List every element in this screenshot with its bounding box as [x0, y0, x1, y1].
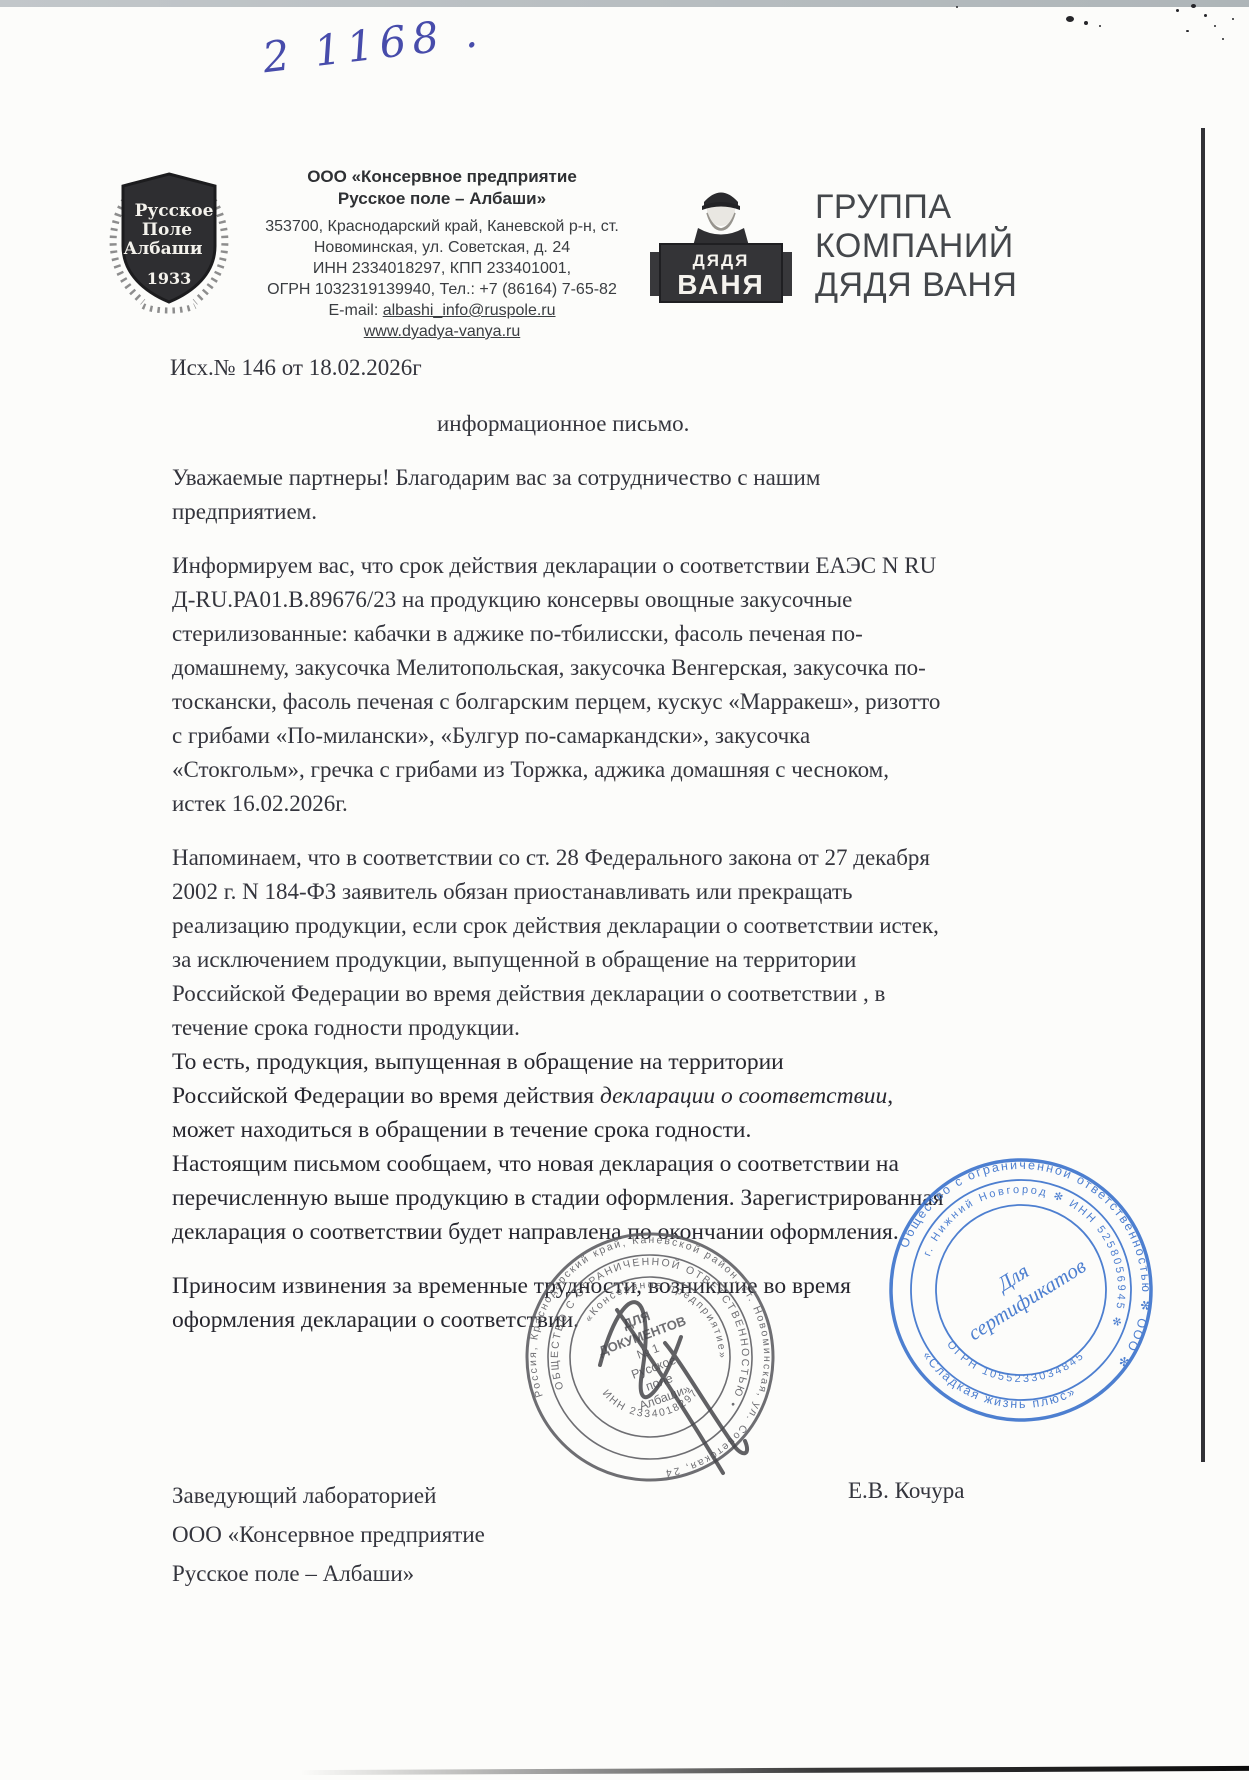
letter-subject: информационное письмо. — [437, 411, 689, 437]
italic-phrase: декларации о соответствии — [600, 1083, 887, 1109]
svg-text:1933: 1933 — [147, 269, 192, 288]
svg-text:Албаши: Албаши — [123, 239, 202, 259]
svg-text:Поле: Поле — [142, 220, 192, 240]
svg-text:ДЯДЯ: ДЯДЯ — [693, 251, 750, 270]
scanned-letter-page: 2 1168 . Русское Поле Албаши 1933 ООО «К… — [0, 0, 1249, 1780]
signer-position-line2: ООО «Консервное предприятие — [172, 1515, 485, 1554]
signer-position-block: Заведующий лабораторией ООО «Консервное … — [172, 1476, 485, 1593]
company-name-line1: ООО «Консервное предприятие — [258, 166, 626, 188]
outgoing-ref-line: Исх.№ 146 от 18.02.2026г — [170, 355, 422, 381]
letterhead-company-block: ООО «Консервное предприятие Русское поле… — [258, 166, 626, 342]
paragraph-law-reminder: Напоминаем, что в соответствии со ст. 28… — [172, 841, 1072, 1045]
company-ogrn-tel: ОГРН 1032319139940, Тел.: +7 (86164) 7-6… — [258, 279, 626, 300]
signer-name: Е.В. Кочура — [848, 1478, 965, 1504]
scan-top-edge — [0, 0, 1249, 7]
company-inn-kpp: ИНН 2334018297, КПП 233401001, — [258, 258, 626, 279]
company-email-line: E-mail: albashi_info@ruspole.ru — [258, 300, 626, 321]
signer-position-line1: Заведующий лабораторией — [172, 1476, 485, 1515]
company-address-line2: Новоминская, ул. Советская, д. 24 — [258, 237, 626, 258]
company-email: albashi_info@ruspole.ru — [383, 302, 556, 319]
group-title-line2: КОМПАНИЙ — [815, 227, 1017, 266]
ruspole-shield-logo: Русское Поле Албаши 1933 — [95, 160, 243, 318]
handwritten-signature — [505, 1215, 835, 1515]
scan-bottom-edge-line — [300, 1766, 1249, 1775]
svg-text:ВАНЯ: ВАНЯ — [677, 269, 764, 300]
dyadya-vanya-logo: ДЯДЯ ВАНЯ — [646, 180, 796, 312]
paragraph-declaration-expired: Информируем вас, что срок действия декла… — [172, 549, 1072, 821]
signer-position-line3: Русское поле – Албаши» — [172, 1554, 485, 1593]
svg-text:сертификатов: сертификатов — [964, 1254, 1091, 1345]
company-website: www.dyadya-vanya.ru — [258, 321, 626, 342]
company-name-line2: Русское поле – Албаши» — [258, 188, 626, 210]
group-title-line3: ДЯДЯ ВАНЯ — [815, 266, 1017, 305]
svg-text:Русское: Русское — [135, 201, 214, 221]
company-address-line1: 353700, Краснодарский край, Каневской р-… — [258, 216, 626, 237]
group-title-line1: ГРУППА — [815, 188, 1017, 227]
group-of-companies-title: ГРУППА КОМПАНИЙ ДЯДЯ ВАНЯ — [815, 188, 1017, 305]
paragraph-greeting: Уважаемые партнеры! Благодарим вас за со… — [172, 461, 1072, 529]
handwritten-number: 2 1168 . — [260, 7, 486, 83]
